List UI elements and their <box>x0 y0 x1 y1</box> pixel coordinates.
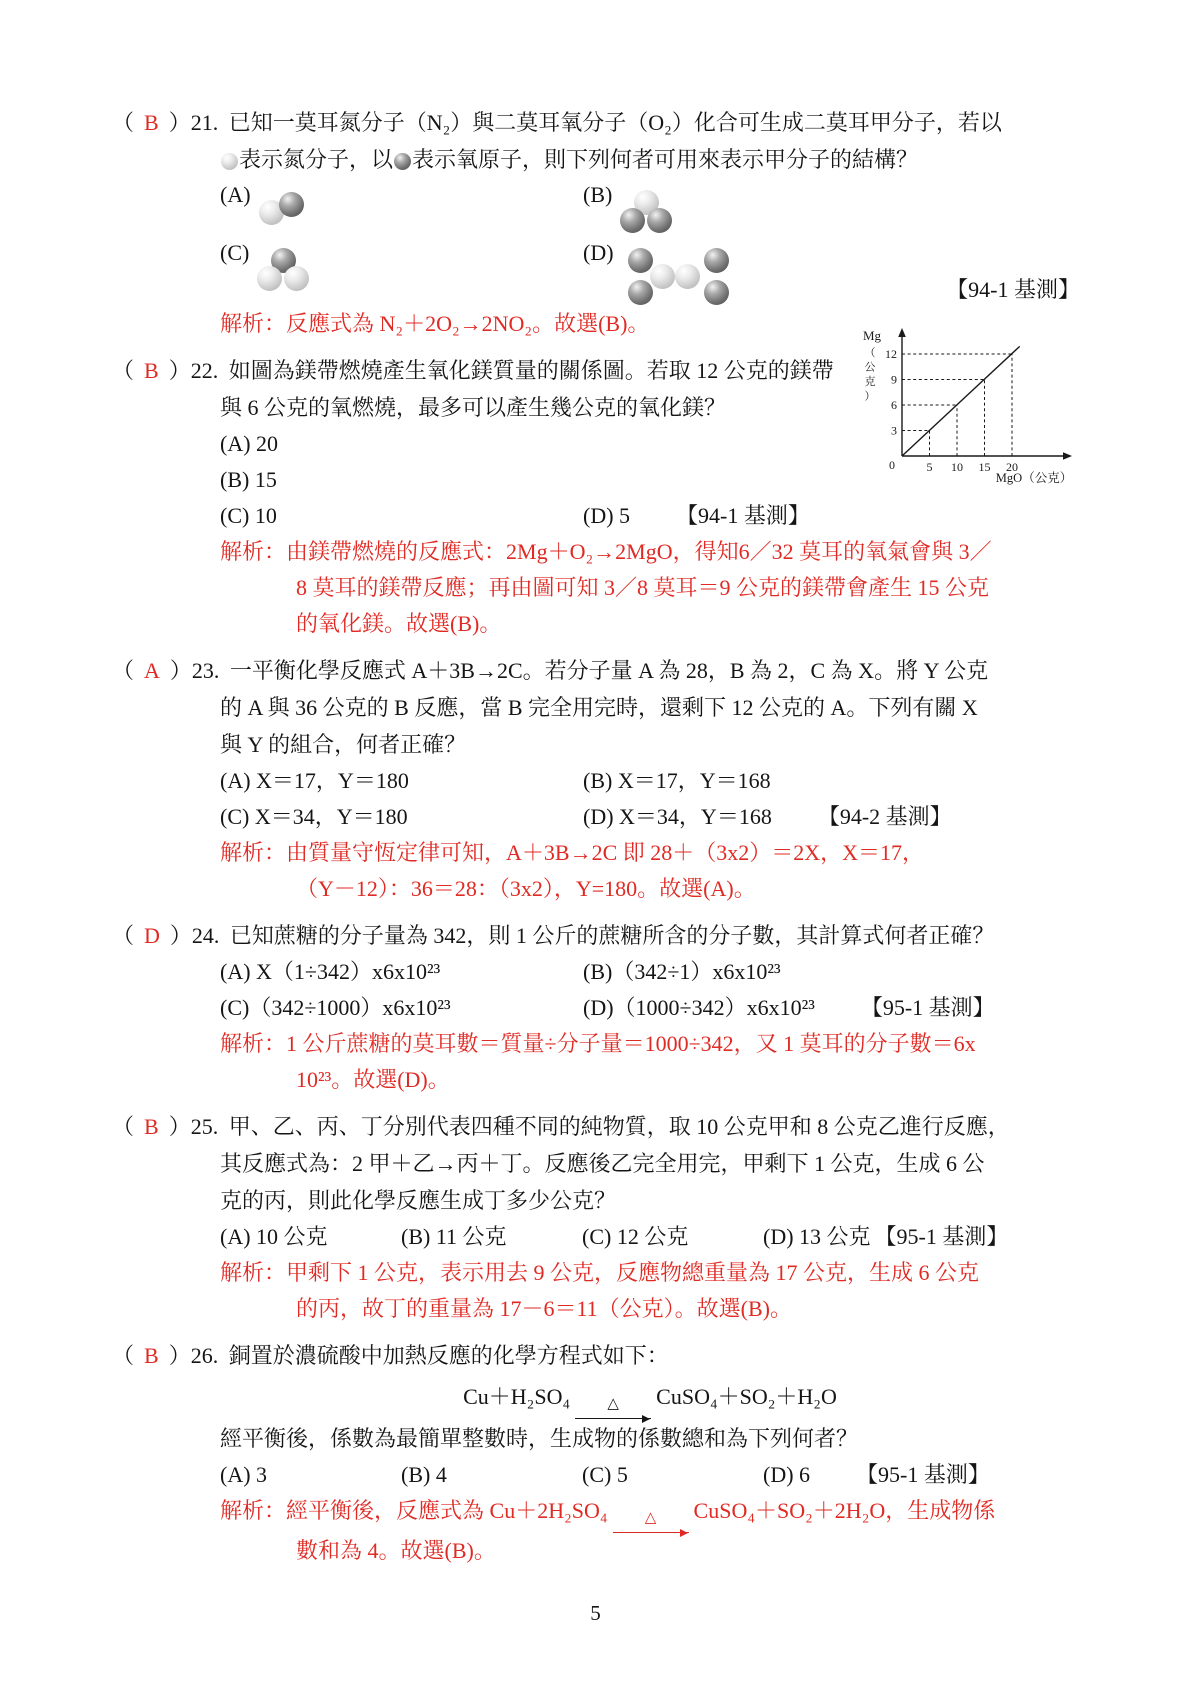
dark-sphere-icon <box>628 248 653 273</box>
question-block: （A）23.一平衡化學反應式 A＋3B→2C。若分子量 A 為 28，B 為 2… <box>112 652 1080 907</box>
answer-letter: B <box>134 1108 169 1145</box>
svg-text:12: 12 <box>885 347 897 361</box>
option-item: (C) 10 <box>220 498 583 534</box>
answer-letter: B <box>134 1337 169 1374</box>
svg-text:）: ） <box>865 390 876 403</box>
analysis-text: 10²³。故選(D)。 <box>296 1067 450 1092</box>
question-text-segment: 與 Y 的組合，何者正確？ <box>220 732 466 757</box>
analysis-line: 10²³。故選(D)。 <box>112 1062 1080 1098</box>
options-row: (A) X＝17，Y＝180(B) X＝17，Y＝168(C) X＝34，Y＝1… <box>112 763 1080 835</box>
analysis-line: 的丙，故丁的重量為 17－6＝11（公克）。故選(B)。 <box>112 1291 1080 1327</box>
options-row: (A) 3(B) 4(C) 5(D) 6【95-1 基測】 <box>112 1457 1080 1493</box>
svg-text:Mg: Mg <box>863 328 882 343</box>
question-block: 3691251015200Mg（公克）MgO（公克）（B）22.如圖為鎂帶燃燒產… <box>112 352 1080 642</box>
analysis-text: 8 莫耳的鎂帶反應；再由圖可知 3／8 莫耳＝9 公克的鎂帶會產生 15 公克 <box>296 575 989 600</box>
arrow-shaft-icon <box>613 1524 689 1533</box>
question-text: 如圖為鎂帶燃燒產生氧化鎂質量的關係圖。若取 12 公克的鎂帶 <box>229 352 848 389</box>
molecule-option: (D) <box>583 236 946 306</box>
analysis-text: 由鎂帶燃燒的反應式：2Mg＋O₂→2MgO，得知6／32 莫耳的氧氣會與 3／ <box>286 539 992 564</box>
answer-cell: （B） <box>112 1337 191 1374</box>
molecule-option: (C) <box>220 236 583 294</box>
question-text: 銅置於濃硫酸中加熱反應的化學方程式如下： <box>229 1337 1080 1374</box>
svg-text:0: 0 <box>889 458 895 472</box>
molecule-options-grid: (A)(B)(C)(D)【94-1 基測】 <box>112 178 1080 306</box>
question-number: 21. <box>191 104 229 141</box>
analysis-line: （Y－12）：36＝28：（3x2），Y=180。故選(A)。 <box>112 871 1080 907</box>
option-item: (D) 5 <box>583 498 630 534</box>
analysis-label: 解析： <box>220 1498 286 1523</box>
light-sphere-icon <box>284 266 309 291</box>
analysis-line: 解析：由鎂帶燃燒的反應式：2Mg＋O₂→2MgO，得知6／32 莫耳的氧氣會與 … <box>112 534 1080 570</box>
answer-cell: （B） <box>112 104 191 141</box>
question-line: 的 A 與 36 公克的 B 反應，當 B 完全用完時，還剩下 12 公克的 A… <box>112 689 1080 726</box>
question-line: （B）26.銅置於濃硫酸中加熱反應的化學方程式如下： <box>112 1337 1080 1374</box>
exam-source-tag: 【94-1 基測】 <box>676 498 810 534</box>
answer-cell: （B） <box>112 352 191 389</box>
analysis-text: 反應式為 N₂＋2O₂→2NO₂。故選(B)。 <box>286 311 649 336</box>
answer-letter: D <box>134 917 170 954</box>
analysis-text: （Y－12）：36＝28：（3x2），Y=180。故選(A)。 <box>296 876 756 901</box>
dark-sphere-icon <box>394 153 411 170</box>
svg-text:公: 公 <box>865 362 876 374</box>
analysis-block: 解析：1 公斤蔗糖的莫耳數＝質量÷分子量＝1000÷342，又 1 莫耳的分子數… <box>112 1026 1080 1098</box>
answer-close-paren: ） <box>170 917 192 954</box>
question-text: 已知蔗糖的分子量為 342，則 1 公斤的蔗糖所含的分子數，其計算式何者正確？ <box>230 917 1080 954</box>
option-item: (D) X＝34，Y＝168 <box>583 799 772 835</box>
question-text-segment: 克的丙，則此化學反應生成丁多少公克？ <box>220 1188 616 1213</box>
analysis-line: 數和為 4。故選(B)。 <box>112 1533 1080 1569</box>
question-text-segment: 一平衡化學反應式 A＋3B→2C。若分子量 A 為 28，B 為 2，C 為 X… <box>230 658 988 683</box>
question-line: 經平衡後，係數為最簡單整數時，生成物的係數總和為下列何者？ <box>112 1420 1080 1457</box>
question-line: （B）25.甲、乙、丙、丁分別代表四種不同的純物質，取 10 公克甲和 8 公克… <box>112 1108 1080 1145</box>
question-block: （B）25.甲、乙、丙、丁分別代表四種不同的純物質，取 10 公克甲和 8 公克… <box>112 1108 1080 1327</box>
option-label: (A) <box>220 178 251 212</box>
answer-open-paren: （ <box>112 1108 134 1145</box>
answer-close-paren: ） <box>169 352 191 389</box>
question-line: （B）22.如圖為鎂帶燃燒產生氧化鎂質量的關係圖。若取 12 公克的鎂帶 <box>112 352 848 389</box>
answer-cell: （A） <box>112 652 192 689</box>
analysis-block: 解析：由質量守恆定律可知，A＋3B→2C 即 28＋（3x2）＝2X，X＝17，… <box>112 835 1080 907</box>
question-line: （D）24.已知蔗糖的分子量為 342，則 1 公斤的蔗糖所含的分子數，其計算式… <box>112 917 1080 954</box>
answer-close-paren: ） <box>169 1337 191 1374</box>
question-text-segment: 已知蔗糖的分子量為 342，則 1 公斤的蔗糖所含的分子數，其計算式何者正確？ <box>230 923 995 948</box>
heated-reaction-arrow-icon: △ <box>613 1511 689 1533</box>
option-item: (A) 20 <box>220 426 583 462</box>
question-line: 克的丙，則此化學反應生成丁多少公克？ <box>112 1182 1080 1219</box>
question-text-segment: 甲、乙、丙、丁分別代表四種不同的純物質，取 10 公克甲和 8 公克乙進行反應， <box>229 1114 1010 1139</box>
molecule-diagram <box>622 248 732 306</box>
molecule-options-row: (A)(B) <box>220 178 1080 236</box>
answer-open-paren: （ <box>112 652 134 689</box>
analysis-line: 8 莫耳的鎂帶反應；再由圖可知 3／8 莫耳＝9 公克的鎂帶會產生 15 公克 <box>112 570 1080 606</box>
molecule-option: (B) <box>583 178 946 236</box>
svg-text:6: 6 <box>891 398 897 412</box>
analysis-line: 解析：甲剩下 1 公克，表示用去 9 公克，反應物總重量為 17 公克，生成 6… <box>112 1255 1080 1291</box>
option-item: (A) 10 公克 <box>220 1219 401 1255</box>
answer-letter: B <box>134 352 169 389</box>
answer-open-paren: （ <box>112 352 134 389</box>
question-text-segment: 如圖為鎂帶燃燒產生氧化鎂質量的關係圖。若取 12 公克的鎂帶 <box>229 358 834 383</box>
dark-sphere-icon <box>704 248 729 273</box>
light-sphere-icon <box>650 264 675 289</box>
analysis-label: 解析： <box>220 311 286 336</box>
question-text-segment: 表示氧原子，則下列何者可用來表示甲分子的結構？ <box>412 147 918 172</box>
question-line: 其反應式為：2 甲＋乙→丙＋丁。反應後乙完全用完，甲剩下 1 公克，生成 6 公 <box>112 1145 1080 1182</box>
question-text-segment: 其反應式為：2 甲＋乙→丙＋丁。反應後乙完全用完，甲剩下 1 公克，生成 6 公 <box>220 1151 985 1176</box>
analysis-line: 的氧化鎂。故選(B)。 <box>112 606 1080 642</box>
option-item: (C) X＝34，Y＝180 <box>220 799 583 835</box>
analysis-text: CuSO₄＋SO₂＋2H₂O，生成物係 <box>694 1498 996 1523</box>
question-text-segment: 與 6 公克的氧燃燒，最多可以產生幾公克的氧化鎂？ <box>220 395 726 420</box>
option-item: (B)（342÷1）x6x10²³ <box>583 954 946 990</box>
svg-text:克: 克 <box>865 374 876 388</box>
equation-reactants: Cu＋H₂SO₄ <box>463 1384 570 1409</box>
answer-cell: （B） <box>112 1108 191 1145</box>
option-label: (B) <box>583 178 612 212</box>
analysis-block: 解析：由鎂帶燃燒的反應式：2Mg＋O₂→2MgO，得知6／32 莫耳的氧氣會與 … <box>112 534 1080 642</box>
svg-text:3: 3 <box>891 424 897 438</box>
question-number: 23. <box>192 652 230 689</box>
molecule-diagram <box>257 248 313 294</box>
svg-text:（: （ <box>865 346 876 359</box>
answer-close-paren: ） <box>169 104 191 141</box>
answer-close-paren: ） <box>170 652 192 689</box>
exam-source-tag: 【95-1 基測】 <box>875 1219 1009 1255</box>
question-block: （B）21.已知一莫耳氮分子（N₂）與二莫耳氧分子（O₂）化合可生成二莫耳甲分子… <box>112 104 1080 342</box>
question-block: （D）24.已知蔗糖的分子量為 342，則 1 公斤的蔗糖所含的分子數，其計算式… <box>112 917 1080 1098</box>
option-item: (D)（1000÷342）x6x10²³ <box>583 990 815 1026</box>
question-text-segment: 經平衡後，係數為最簡單整數時，生成物的係數總和為下列何者？ <box>220 1426 858 1451</box>
question-text: 甲、乙、丙、丁分別代表四種不同的純物質，取 10 公克甲和 8 公克乙進行反應， <box>229 1108 1080 1145</box>
svg-text:10: 10 <box>951 460 963 474</box>
question-number: 25. <box>191 1108 229 1145</box>
analysis-text: 數和為 4。故選(B)。 <box>296 1538 496 1563</box>
analysis-block: 解析：甲剩下 1 公克，表示用去 9 公克，反應物總重量為 17 公克，生成 6… <box>112 1255 1080 1327</box>
question-text-segment: 銅置於濃硫酸中加熱反應的化學方程式如下： <box>229 1343 669 1368</box>
option-item: (C) 12 公克 <box>582 1219 763 1255</box>
analysis-label: 解析： <box>220 1260 286 1285</box>
answer-close-paren: ） <box>169 1108 191 1145</box>
question-line: （A）23.一平衡化學反應式 A＋3B→2C。若分子量 A 為 28，B 為 2… <box>112 652 1080 689</box>
dark-sphere-icon <box>628 280 653 305</box>
arrow-shaft-icon <box>575 1410 651 1419</box>
question-text-segment: 已知一莫耳氮分子（N₂）與二莫耳氧分子（O₂）化合可生成二莫耳甲分子，若以 <box>229 110 1002 135</box>
option-item: (A) X（1÷342）x6x10²³ <box>220 954 583 990</box>
exam-source-tag: 【94-2 基測】 <box>818 799 952 835</box>
svg-text:9: 9 <box>891 373 897 387</box>
question-block: （B）26.銅置於濃硫酸中加熱反應的化學方程式如下：Cu＋H₂SO₄△CuSO₄… <box>112 1337 1080 1569</box>
heated-reaction-arrow-icon: △ <box>575 1397 651 1419</box>
option-item: (C)（342÷1000）x6x10²³ <box>220 990 583 1026</box>
analysis-text: 經平衡後，反應式為 Cu＋2H₂SO₄ <box>286 1498 608 1523</box>
analysis-text: 的氧化鎂。故選(B)。 <box>296 611 501 636</box>
option-item: (B) X＝17，Y＝168 <box>583 763 946 799</box>
equation-products: CuSO₄＋SO₂＋H₂O <box>656 1384 837 1409</box>
exam-source-tag: 【95-1 基測】 <box>856 1457 990 1493</box>
options-row: (A) X（1÷342）x6x10²³(B)（342÷1）x6x10²³(C)（… <box>112 954 1080 1026</box>
option-item: (B) 15 <box>220 462 583 498</box>
analysis-label: 解析： <box>220 1031 286 1056</box>
chemical-equation: Cu＋H₂SO₄△CuSO₄＋SO₂＋H₂O <box>112 1374 1080 1420</box>
analysis-label: 解析： <box>220 840 286 865</box>
question-text: 已知一莫耳氮分子（N₂）與二莫耳氧分子（O₂）化合可生成二莫耳甲分子，若以 <box>229 104 1080 141</box>
question-number: 26. <box>191 1337 229 1374</box>
light-sphere-icon <box>221 153 238 170</box>
delta-heat-icon: △ <box>607 1397 619 1410</box>
analysis-label: 解析： <box>220 539 286 564</box>
analysis-line: 解析：經平衡後，反應式為 Cu＋2H₂SO₄△CuSO₄＋SO₂＋2H₂O，生成… <box>112 1493 1080 1533</box>
answer-cell: （D） <box>112 917 192 954</box>
analysis-line: 解析：1 公斤蔗糖的莫耳數＝質量÷分子量＝1000÷342，又 1 莫耳的分子數… <box>112 1026 1080 1062</box>
option-item: (C) 5 <box>582 1457 763 1493</box>
question-text-segment: 的 A 與 36 公克的 B 反應，當 B 完全用完時，還剩下 12 公克的 A… <box>220 695 978 720</box>
answer-letter: B <box>134 104 169 141</box>
page-number: 5 <box>0 1601 1191 1626</box>
dark-sphere-icon <box>620 208 645 233</box>
dark-sphere-icon <box>647 208 672 233</box>
answer-open-paren: （ <box>112 917 134 954</box>
question-text: 一平衡化學反應式 A＋3B→2C。若分子量 A 為 28，B 為 2，C 為 X… <box>230 652 1080 689</box>
exam-source-tag: 【95-1 基測】 <box>861 990 995 1026</box>
question-line: 表示氮分子，以表示氧原子，則下列何者可用來表示甲分子的結構？ <box>112 141 1080 178</box>
delta-heat-icon: △ <box>645 1511 657 1524</box>
option-item: (B) 11 公克 <box>401 1219 582 1255</box>
analysis-text: 甲剩下 1 公克，表示用去 9 公克，反應物總重量為 17 公克，生成 6 公克 <box>286 1260 979 1285</box>
answer-open-paren: （ <box>112 104 134 141</box>
analysis-block: 解析：經平衡後，反應式為 Cu＋2H₂SO₄△CuSO₄＋SO₂＋2H₂O，生成… <box>112 1493 1080 1569</box>
question-line: 與 Y 的組合，何者正確？ <box>112 726 1080 763</box>
mg-mgo-chart: 3691251015200Mg（公克）MgO（公克） <box>852 324 1088 486</box>
option-item: (B) 4 <box>401 1457 582 1493</box>
light-sphere-icon <box>675 264 700 289</box>
option-item: (D) 13 公克 <box>763 1219 871 1255</box>
question-number: 22. <box>191 352 229 389</box>
option-label: (D) <box>583 236 614 270</box>
question-text-segment: 表示氮分子，以 <box>239 147 393 172</box>
questions-area: （B）21.已知一莫耳氮分子（N₂）與二莫耳氧分子（O₂）化合可生成二莫耳甲分子… <box>112 104 1080 1579</box>
dark-sphere-icon <box>279 192 304 217</box>
light-sphere-icon <box>257 266 282 291</box>
exam-source-tag: 【94-1 基測】 <box>946 273 1080 304</box>
analysis-text: 1 公斤蔗糖的莫耳數＝質量÷分子量＝1000÷342，又 1 莫耳的分子數＝6x <box>286 1031 976 1056</box>
option-label: (C) <box>220 236 249 270</box>
molecule-option: (A) <box>220 178 583 230</box>
option-item: (A) 3 <box>220 1457 401 1493</box>
svg-text:15: 15 <box>979 460 991 474</box>
option-item: (D) 6 <box>763 1457 810 1493</box>
molecule-diagram <box>259 190 309 230</box>
analysis-text: 由質量守恆定律可知，A＋3B→2C 即 28＋（3x2）＝2X，X＝17， <box>286 840 924 865</box>
question-number: 24. <box>192 917 230 954</box>
svg-text:MgO（公克）: MgO（公克） <box>996 471 1072 485</box>
mg-mgo-chart-svg: 3691251015200Mg（公克）MgO（公克） <box>852 324 1088 486</box>
analysis-text: 的丙，故丁的重量為 17－6＝11（公克）。故選(B)。 <box>296 1296 792 1321</box>
dark-sphere-icon <box>704 280 729 305</box>
answer-letter: A <box>134 652 170 689</box>
exam-page: （B）21.已知一莫耳氮分子（N₂）與二莫耳氧分子（O₂）化合可生成二莫耳甲分子… <box>0 0 1191 1684</box>
svg-text:5: 5 <box>927 460 933 474</box>
question-line: （B）21.已知一莫耳氮分子（N₂）與二莫耳氧分子（O₂）化合可生成二莫耳甲分子… <box>112 104 1080 141</box>
option-item: (A) X＝17，Y＝180 <box>220 763 583 799</box>
answer-open-paren: （ <box>112 1337 134 1374</box>
analysis-line: 解析：由質量守恆定律可知，A＋3B→2C 即 28＋（3x2）＝2X，X＝17， <box>112 835 1080 871</box>
molecule-diagram <box>620 190 676 236</box>
options-row: (A) 10 公克(B) 11 公克(C) 12 公克(D) 13 公克【95-… <box>112 1219 1080 1255</box>
